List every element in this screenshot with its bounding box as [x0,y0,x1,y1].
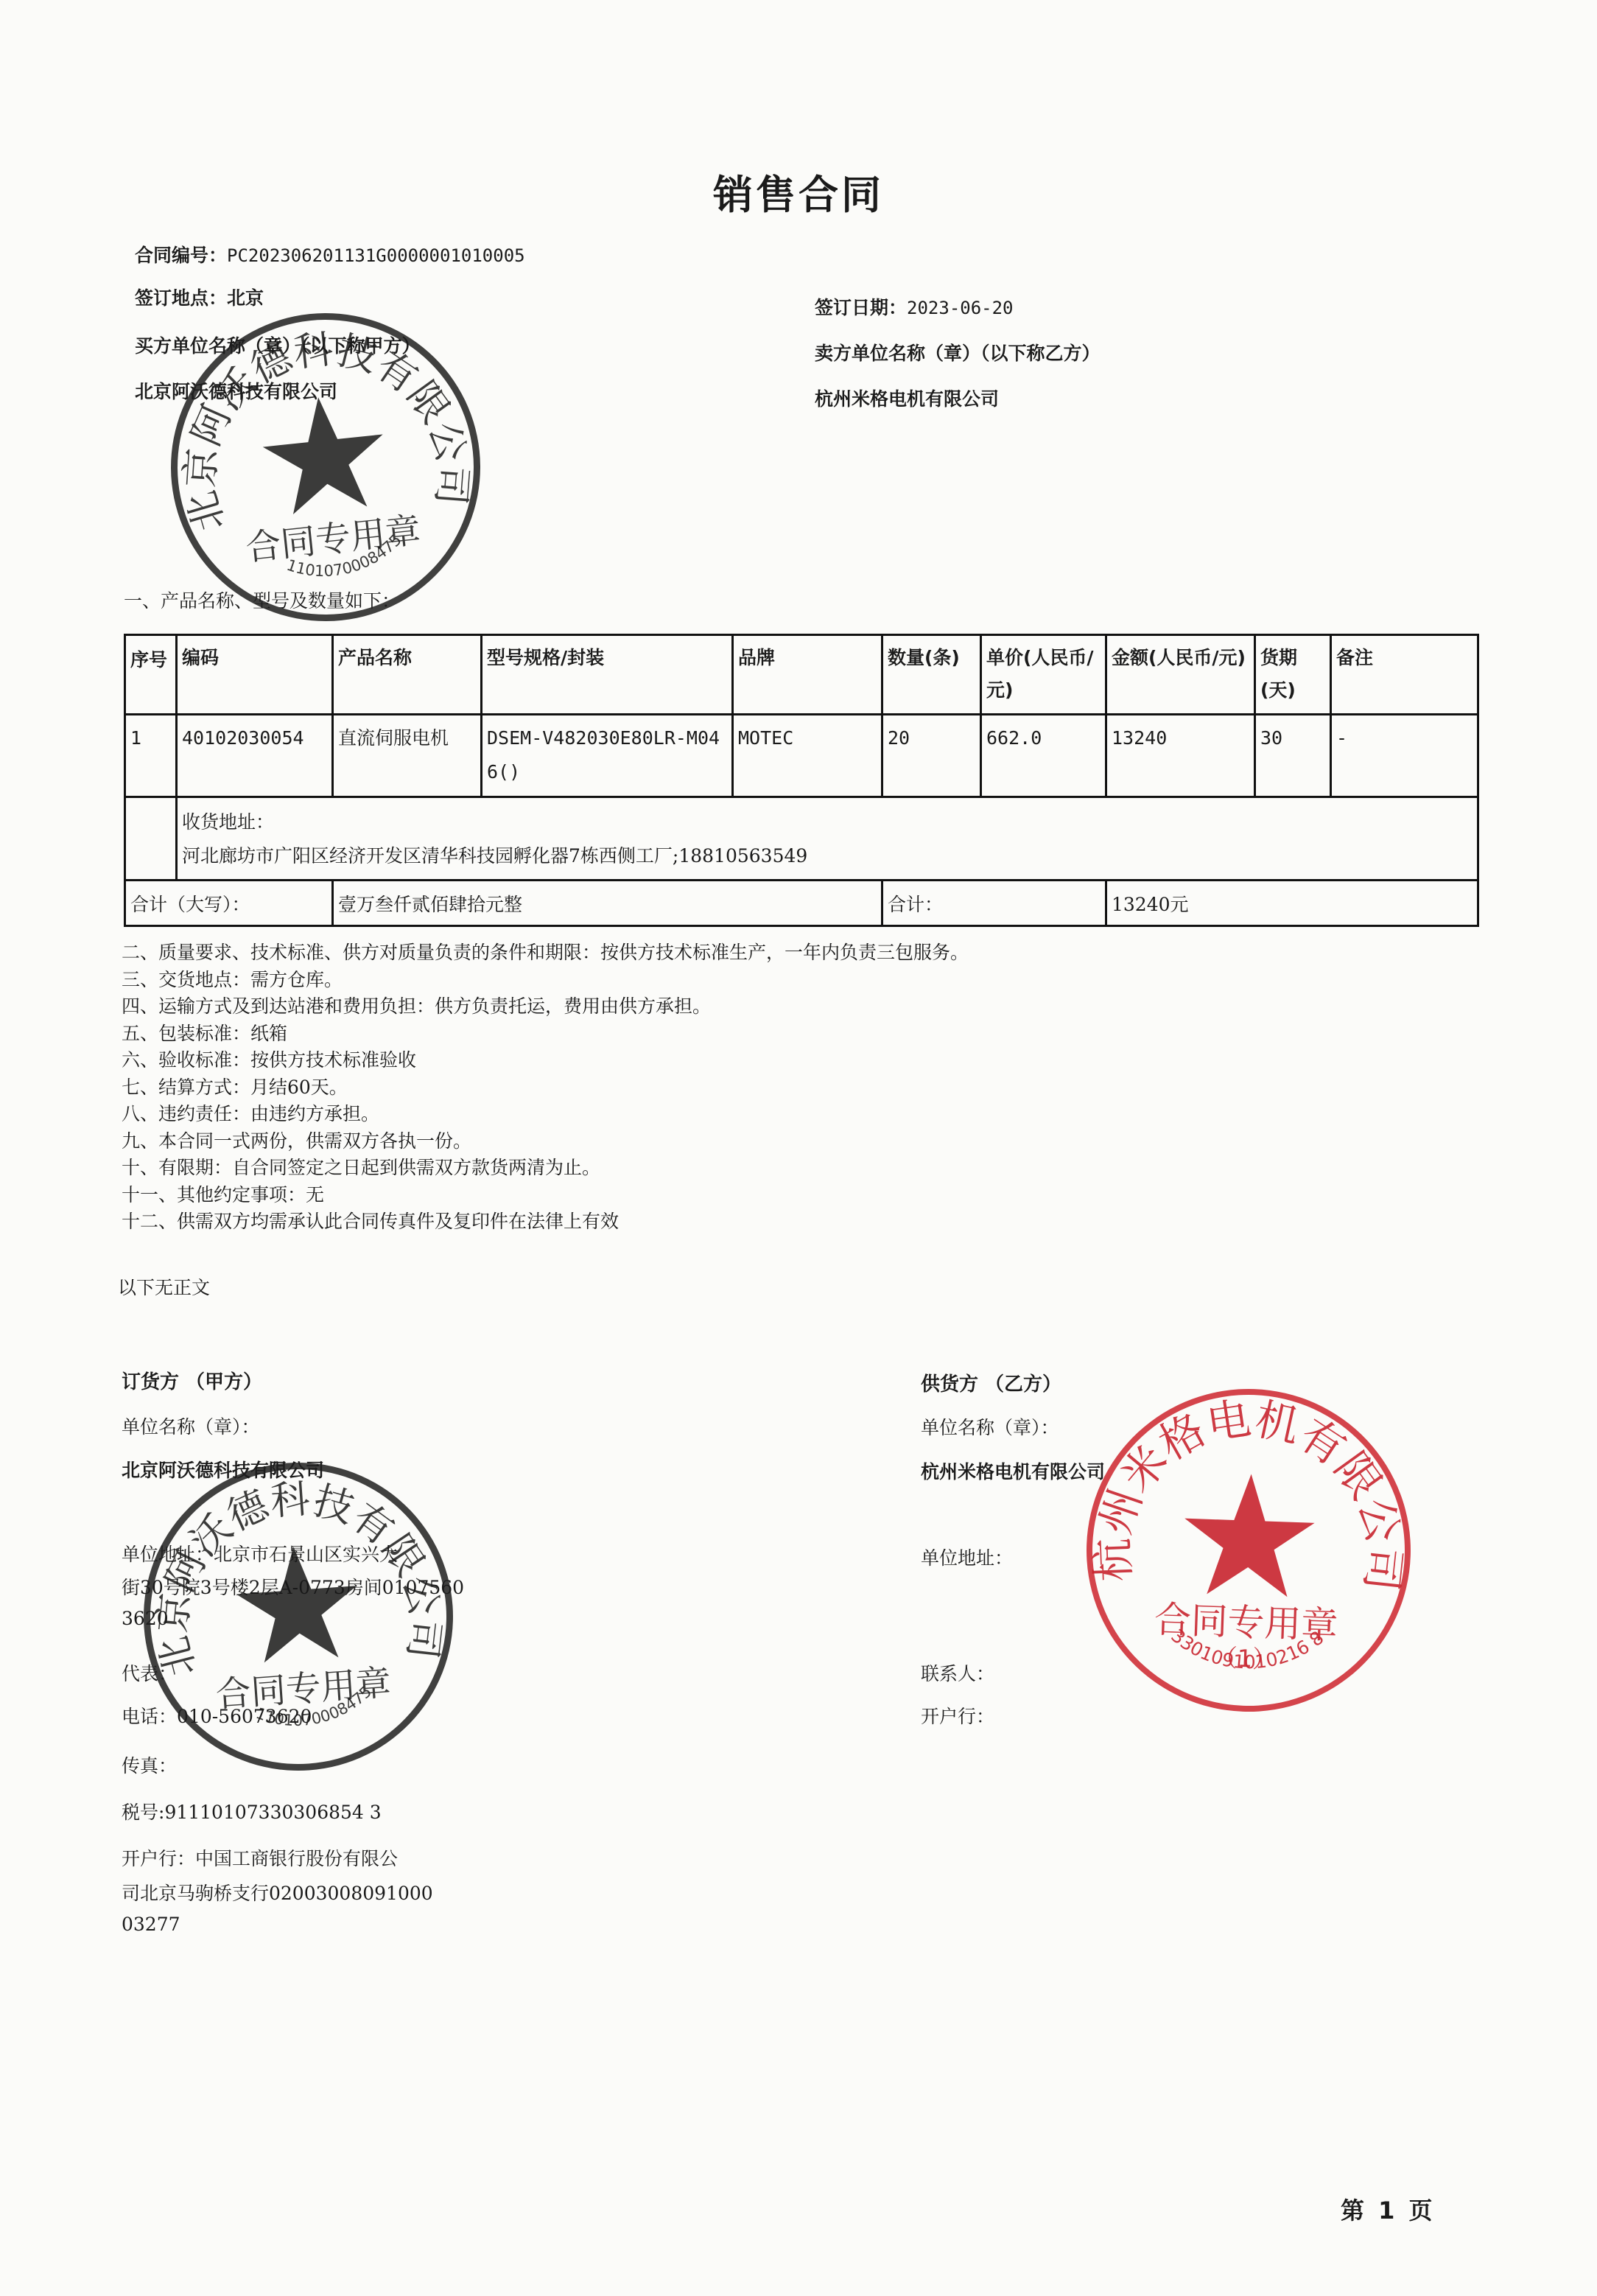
col-header: 序号 [125,635,177,715]
party-a-bank-line1: 开户行：中国工商银行股份有限公 [122,1844,398,1871]
total-value: 13240元 [1106,881,1478,926]
term-item: 十、有限期：自合同签定之日起到供需双方款货两清为止。 [122,1155,969,1182]
party-b-unit-name: 杭州米格电机有限公司 [921,1457,1105,1484]
party-a-address-line2: 街30号院3号楼2层A-0773房间0107560 [122,1573,464,1600]
contract-number: 合同编号：PC202306201131G0000001010005 [135,241,525,267]
cell-product: 直流伺服电机 [333,715,482,797]
svg-text:杭州米格电机有限公司: 杭州米格电机有限公司 [1087,1388,1415,1594]
party-b-bank-label: 开户行： [921,1702,994,1729]
col-header: 型号规格/封装 [482,635,733,715]
col-header: 货期(天) [1255,635,1331,715]
term-item: 五、包装标准：纸箱 [122,1021,969,1048]
term-item: 十二、供需双方均需承认此合同传真件及复印件在法律上有效 [122,1208,969,1236]
col-header: 数量(条) [882,635,981,715]
buyer-seal-bottom: 北京阿沃德科技有限公司 合同专用章 1101070008475 [133,1452,463,1781]
delivery-address: 河北廊坊市广阳区经济开发区清华科技园孵化器7栋西侧工厂;18810563549 [182,839,1473,873]
party-a-fax-label: 传真： [122,1751,177,1778]
party-a-phone-value: 010-56073620 [177,1706,312,1727]
party-b-heading: 供货方 （乙方） [921,1369,1061,1396]
section-1-label: 一、产品名称、型号及数量如下： [124,587,400,613]
cell-model: DSEM-V482030E80LR-M046() [482,715,733,797]
sign-place-value: 北京 [227,287,264,309]
sign-place-label: 签订地点： [135,287,227,309]
table-row: 1 40102030054 直流伺服电机 DSEM-V482030E80LR-M… [125,715,1478,797]
party-a-phone-label: 电话： [122,1706,177,1727]
term-item: 八、违约责任：由违约方承担。 [122,1101,969,1128]
term-item: 四、运输方式及到达站港和费用负担：供方负责托运，费用由供方承担。 [122,993,969,1021]
party-a-address-line3: 3620 [122,1608,169,1629]
term-item: 七、结算方式：月结60天。 [122,1074,969,1102]
seller-seal: 杭州米格电机有限公司 合同专用章 （1） 3301091010216 8 [1081,1383,1416,1717]
party-a-bank-line3: 03277 [122,1914,180,1935]
contract-terms: 二、质量要求、技术标准、供方对质量负责的条件和期限：按供方技术标准生产，一年内负… [122,939,969,1236]
cell-unit-price: 662.0 [981,715,1106,797]
delivery-address-row: 收货地址： 河北廊坊市广阳区经济开发区清华科技园孵化器7栋西侧工厂;188105… [125,797,1478,881]
svg-text:1101070008475: 1101070008475 [281,530,408,584]
party-a-unit-name-label: 单位名称（章）： [122,1413,260,1439]
page-number: 第 1 页 [1341,2192,1436,2226]
cell-no: 1 [125,715,177,797]
party-b-contact-label: 联系人： [921,1659,994,1686]
party-a-tax-value: 91110107330306854 3 [164,1802,381,1823]
party-a-rep-label: 代表： [122,1659,177,1686]
party-b-unit-name-label: 单位名称（章）： [921,1413,1059,1440]
seller-label: 卖方单位名称（章）（以下称乙方） [815,339,1101,365]
term-item: 六、验收标准：按供方技术标准验收 [122,1047,969,1074]
term-item: 十一、其他约定事项：无 [122,1182,969,1209]
party-a-bank-line2: 司北京马驹桥支行02003008091000 [122,1879,433,1905]
party-a-unit-name: 北京阿沃德科技有限公司 [122,1456,324,1483]
term-item: 三、交货地点：需方仓库。 [122,967,969,994]
sign-date-label: 签订日期： [815,297,907,318]
total-upper-label: 合计（大写）： [125,881,333,926]
col-header: 品牌 [733,635,882,715]
sign-date: 签订日期：2023-06-20 [815,293,1014,320]
contract-number-value: PC202306201131G0000001010005 [227,245,525,266]
sign-date-value: 2023-06-20 [907,298,1014,318]
star-icon [1182,1471,1316,1597]
party-a-address-line1: 单位地址：北京市石景山区实兴大 [122,1540,398,1567]
cell-remark: - [1331,715,1478,797]
total-row: 合计（大写）： 壹万叁仟贰佰肆拾元整 合计： 13240元 [125,881,1478,926]
product-table: 序号 编码 产品名称 型号规格/封装 品牌 数量(条) 单价(人民币/元) 金额… [124,634,1479,927]
cell-brand: MOTEC [733,715,882,797]
party-a-heading: 订货方 （甲方） [122,1367,262,1394]
contract-number-label: 合同编号： [135,245,227,266]
sign-place: 签订地点：北京 [135,284,264,310]
svg-text:（1）: （1） [1212,1644,1277,1674]
term-item: 二、质量要求、技术标准、供方对质量负责的条件和期限：按供方技术标准生产，一年内负… [122,939,969,967]
party-b-address-label: 单位地址： [921,1544,1013,1570]
blank-cell [125,797,177,881]
total-upper-value: 壹万叁仟贰佰肆拾元整 [333,881,882,926]
col-header: 单价(人民币/元) [981,635,1106,715]
total-label: 合计： [882,881,1106,926]
table-header-row: 序号 编码 产品名称 型号规格/封装 品牌 数量(条) 单价(人民币/元) 金额… [125,635,1478,715]
buyer-name: 北京阿沃德科技有限公司 [135,377,337,404]
document-title: 销售合同 [0,164,1597,220]
cell-qty: 20 [882,715,981,797]
term-item: 九、本合同一式两份，供需双方各执一份。 [122,1128,969,1155]
party-a-tax-label: 税号: [122,1802,164,1823]
col-header: 编码 [177,635,333,715]
star-icon [259,391,390,517]
col-header: 金额(人民币/元) [1106,635,1255,715]
end-note: 以下无正文 [118,1273,210,1300]
svg-text:3301091010216 8: 3301091010216 8 [1166,1622,1328,1676]
party-a-bank-label: 开户行： [122,1848,195,1869]
col-header: 产品名称 [333,635,482,715]
cell-code: 40102030054 [177,715,333,797]
seller-name: 杭州米格电机有限公司 [815,385,999,411]
delivery-address-label: 收货地址： [182,805,1473,839]
svg-text:合同专用章: 合同专用章 [1154,1598,1338,1648]
cell-amount: 13240 [1106,715,1255,797]
party-a-phone: 电话：010-56073620 [122,1702,312,1729]
delivery-address-cell: 收货地址： 河北廊坊市广阳区经济开发区清华科技园孵化器7栋西侧工厂;188105… [177,797,1478,881]
col-header: 备注 [1331,635,1478,715]
buyer-label: 买方单位名称（章）（以下称甲方） [135,332,421,358]
svg-text:合同专用章: 合同专用章 [244,510,422,569]
cell-lead-days: 30 [1255,715,1331,797]
seller-seal-graphic: 杭州米格电机有限公司 合同专用章 （1） 3301091010216 8 [1087,1390,1410,1712]
party-a-tax: 税号:91110107330306854 3 [122,1798,382,1824]
party-a-bank-value: 中国工商银行股份有限公 [195,1848,398,1869]
